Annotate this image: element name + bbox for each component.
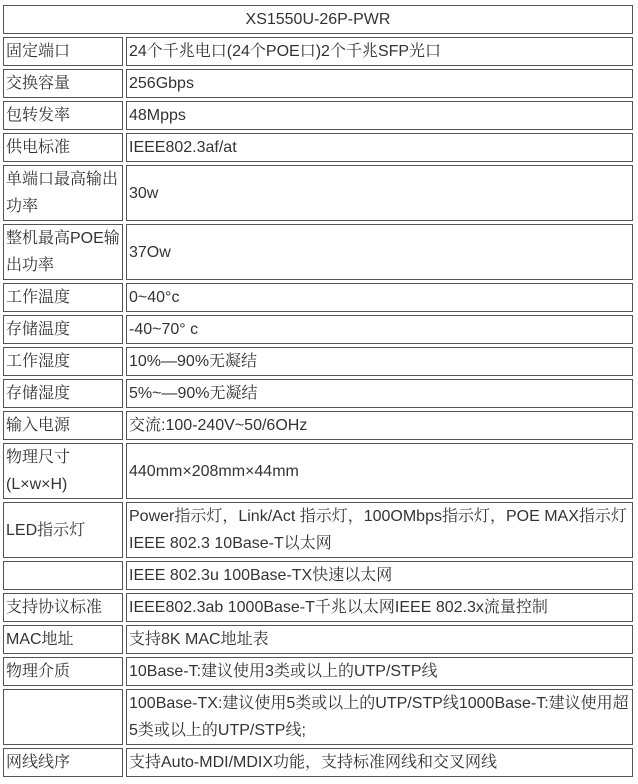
spec-value-cell: 48Mpps (126, 101, 633, 130)
spec-table-body: XS1550U-26P-PWR 固定端口 24个千兆电口(24个POE口)2个千… (3, 5, 633, 777)
spec-label-cell: 包转发率 (3, 101, 123, 130)
spec-table: XS1550U-26P-PWR 固定端口 24个千兆电口(24个POE口)2个千… (0, 2, 636, 780)
spec-value-cell: 30w (126, 165, 633, 221)
spec-label-cell: 输入电源 (3, 411, 123, 440)
spec-value-cell: 256Gbps (126, 69, 633, 98)
spec-value-cell: 支持8K MAC地址表 (126, 625, 633, 654)
spec-label-cell: 交换容量 (3, 69, 123, 98)
spec-value-cell: Power指示灯，Link/Act 指示灯，100OMbps指示灯，POE MA… (126, 502, 633, 558)
spec-label-cell: 工作温度 (3, 283, 123, 312)
spec-label-cell: MAC地址 (3, 625, 123, 654)
spec-row: 存储温度 -40~70° c (3, 315, 633, 344)
spec-value-cell: 交流:100-240V~50/6OHz (126, 411, 633, 440)
spec-label-cell: 整机最高POE输出功率 (3, 224, 123, 280)
spec-label-cell: 存储温度 (3, 315, 123, 344)
spec-value-cell: 支持Auto-MDI/MDIX功能，支持标准网线和交叉网线 (126, 748, 633, 777)
spec-value-cell: 100Base-TX:建议使用5类或以上的UTP/STP线1000Base-T:… (126, 689, 633, 745)
spec-row: MAC地址 支持8K MAC地址表 (3, 625, 633, 654)
spec-row: 输入电源 交流:100-240V~50/6OHz (3, 411, 633, 440)
spec-label-cell: 单端口最高输出功率 (3, 165, 123, 221)
spec-value-cell: 0~40°c (126, 283, 633, 312)
spec-value-cell: 440mm×208mm×44mm (126, 443, 633, 499)
spec-label-cell: 固定端口 (3, 37, 123, 66)
spec-row: 100Base-TX:建议使用5类或以上的UTP/STP线1000Base-T:… (3, 689, 633, 745)
spec-value-cell: 10Base-T:建议使用3类或以上的UTP/STP线 (126, 657, 633, 686)
table-header-row: XS1550U-26P-PWR (3, 5, 633, 34)
spec-label-cell: 物理介质 (3, 657, 123, 686)
spec-label-cell: 存储湿度 (3, 379, 123, 408)
spec-value-cell: IEEE 802.3u 100Base-TX快速以太网 (126, 561, 633, 590)
spec-row: 单端口最高输出功率 30w (3, 165, 633, 221)
spec-label-cell: LED指示灯 (3, 502, 123, 558)
spec-value-cell: 24个千兆电口(24个POE口)2个千兆SFP光口 (126, 37, 633, 66)
spec-row: 支持协议标准 IEEE802.3ab 1000Base-T千兆以太网IEEE 8… (3, 593, 633, 622)
spec-row: 存储湿度 5%~—90%无凝结 (3, 379, 633, 408)
spec-value-cell: 10%—90%无凝结 (126, 347, 633, 376)
spec-value-cell: 5%~—90%无凝结 (126, 379, 633, 408)
spec-row: IEEE 802.3u 100Base-TX快速以太网 (3, 561, 633, 590)
spec-row: 固定端口 24个千兆电口(24个POE口)2个千兆SFP光口 (3, 37, 633, 66)
spec-value-cell: -40~70° c (126, 315, 633, 344)
spec-row: 物理尺寸(L×w×H) 440mm×208mm×44mm (3, 443, 633, 499)
spec-value-cell: IEEE802.3af/at (126, 133, 633, 162)
spec-label-cell: 供电标准 (3, 133, 123, 162)
spec-row: 交换容量 256Gbps (3, 69, 633, 98)
spec-label-cell: 工作湿度 (3, 347, 123, 376)
spec-row: LED指示灯 Power指示灯，Link/Act 指示灯，100OMbps指示灯… (3, 502, 633, 558)
spec-row: 供电标准 IEEE802.3af/at (3, 133, 633, 162)
spec-label-cell: 物理尺寸(L×w×H) (3, 443, 123, 499)
spec-value-cell: IEEE802.3ab 1000Base-T千兆以太网IEEE 802.3x流量… (126, 593, 633, 622)
product-model-title: XS1550U-26P-PWR (3, 5, 633, 34)
spec-label-cell (3, 689, 123, 745)
spec-label-cell (3, 561, 123, 590)
spec-row: 网线线序 支持Auto-MDI/MDIX功能，支持标准网线和交叉网线 (3, 748, 633, 777)
spec-row: 工作湿度 10%—90%无凝结 (3, 347, 633, 376)
spec-label-cell: 网线线序 (3, 748, 123, 777)
spec-row: 工作温度 0~40°c (3, 283, 633, 312)
spec-value-cell: 37Ow (126, 224, 633, 280)
spec-label-cell: 支持协议标准 (3, 593, 123, 622)
spec-row: 整机最高POE输出功率 37Ow (3, 224, 633, 280)
spec-row: 物理介质 10Base-T:建议使用3类或以上的UTP/STP线 (3, 657, 633, 686)
spec-row: 包转发率 48Mpps (3, 101, 633, 130)
